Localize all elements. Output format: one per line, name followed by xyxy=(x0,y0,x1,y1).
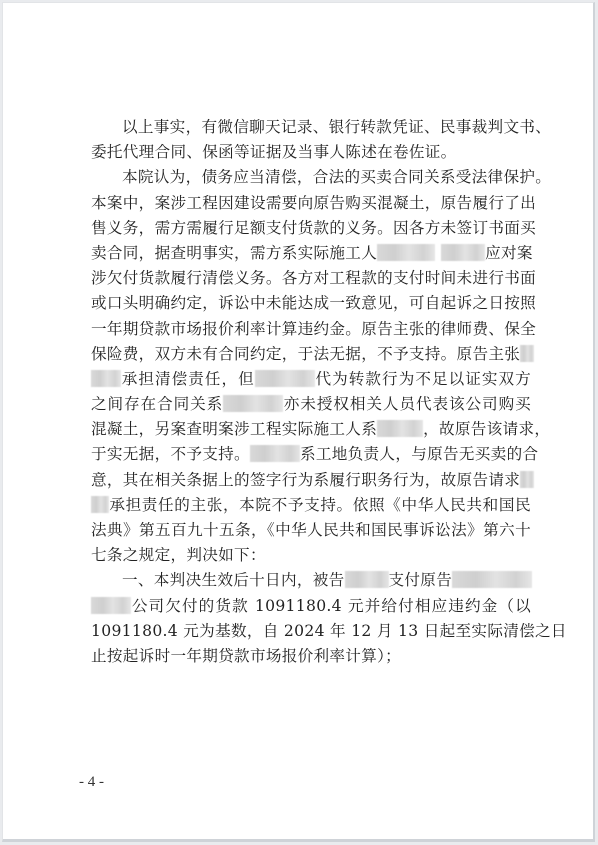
paragraph-reasoning-line: 意，其在相关条据上的签字行为系履行职务行为，故原告请求 xyxy=(91,468,531,493)
text-fragment: 承担责任的主张，本院不予支持。依照《中华人民共和国民 xyxy=(109,496,531,514)
redacted-name xyxy=(377,420,423,437)
paragraph-reasoning-line: 之间存在合同关系亦未授权相关人员代表该公司购买 xyxy=(91,392,531,417)
paragraph-reasoning-line: 或口头明确约定，诉讼中未能达成一致意见，可自起诉之日按照 xyxy=(91,291,531,316)
paragraph-reasoning-line: 本院认为，债务应当清偿，合法的买卖合同关系受法律保护。 xyxy=(91,165,531,190)
paragraph-reasoning-line: 承担清偿责任，但代为转款行为不足以证实双方 xyxy=(91,367,531,392)
judgment-body-text: 以上事实，有微信聊天记录、银行转款凭证、民事裁判文书、 委托代理合同、保函等证据… xyxy=(91,115,531,669)
text-fragment: 保险费，双方未有合同约定，于法无据，不予支持。原告主张 xyxy=(91,345,520,363)
redacted-name xyxy=(345,571,389,588)
paragraph-evidence-line: 以上事实，有微信聊天记录、银行转款凭证、民事裁判文书、 xyxy=(91,115,531,140)
judgment-item-line: 1091180.4 元为基数，自 2024 年 12 月 13 日起至实际清偿之… xyxy=(91,619,531,644)
text-fragment: 亦未授权相关人员代表该公司购买 xyxy=(283,395,531,413)
paragraph-reasoning-line: 法典》第五百九十五条，《中华人民共和国民事诉讼法》第六十 xyxy=(91,518,531,543)
redacted-name xyxy=(91,597,131,614)
paragraph-evidence-line: 委托代理合同、保函等证据及当事人陈述在卷佐证。 xyxy=(91,140,531,165)
paragraph-reasoning-line: 卖合同，据查明事实，需方系实际施工人应对案 xyxy=(91,241,531,266)
redacted-name xyxy=(91,370,121,387)
redacted-name xyxy=(223,395,283,412)
paragraph-reasoning-line: 于实无据，不予支持。系工地负责人，与原告无买卖的合 xyxy=(91,442,531,467)
text-fragment: 意，其在相关条据上的签字行为系履行职务行为，故原告请求 xyxy=(91,471,520,489)
text-fragment: 代为转款行为不足以证实双方 xyxy=(315,370,531,388)
paragraph-reasoning-line: 本案中，案涉工程因建设需要向原告购买混凝土，原告履行了出 xyxy=(91,191,531,216)
redacted-name xyxy=(441,244,485,261)
document-page: 以上事实，有微信聊天记录、银行转款凭证、民事裁判文书、 委托代理合同、保函等证据… xyxy=(2,2,595,842)
text-fragment: 于实无据，不予支持。 xyxy=(91,445,250,463)
text-fragment: 一、本判决生效后十日内，被告 xyxy=(122,571,345,589)
redacted-name xyxy=(255,370,315,387)
page-number: - 4 - xyxy=(79,774,104,791)
text-fragment: ，故原告该请求， xyxy=(423,420,550,438)
text-fragment: 卖合同，据查明事实，需方系实际施工人 xyxy=(91,244,377,262)
redacted-name xyxy=(452,571,532,588)
text-fragment: 支付原告 xyxy=(389,571,453,589)
text-fragment: 之间存在合同关系 xyxy=(91,395,223,413)
paragraph-reasoning-line: 一年期贷款市场报价利率计算违约金。原告主张的律师费、保全 xyxy=(91,317,531,342)
text-fragment: 应对案 xyxy=(485,244,533,262)
redacted-name xyxy=(91,496,109,513)
paragraph-reasoning-line: 七条之规定，判决如下： xyxy=(91,543,531,568)
judgment-item-line: 一、本判决生效后十日内，被告支付原告 xyxy=(91,568,531,593)
paragraph-reasoning-line: 涉欠付货款履行清偿义务。各方对工程款的支付时间未进行书面 xyxy=(91,266,531,291)
redacted-name xyxy=(377,244,435,261)
paragraph-reasoning-line: 混凝土，另案查明案涉工程实际施工人系，故原告该请求， xyxy=(91,417,531,442)
paragraph-reasoning-line: 保险费，双方未有合同约定，于法无据，不予支持。原告主张 xyxy=(91,342,531,367)
redacted-name xyxy=(520,471,534,488)
text-fragment: 公司欠付的货款 1091180.4 元并给付相应违约金（以 xyxy=(131,597,531,615)
judgment-item-line: 公司欠付的货款 1091180.4 元并给付相应违约金（以 xyxy=(91,594,531,619)
text-fragment: 系工地负责人，与原告无买卖的合 xyxy=(300,445,538,463)
text-fragment: 混凝土，另案查明案涉工程实际施工人系 xyxy=(91,420,377,438)
paragraph-reasoning-line: 承担责任的主张，本院不予支持。依照《中华人民共和国民 xyxy=(91,493,531,518)
redacted-name xyxy=(250,445,300,462)
redacted-name xyxy=(520,345,534,362)
judgment-item-line: 止按起诉时一年期贷款市场报价利率计算）； xyxy=(91,644,531,669)
paragraph-reasoning-line: 售义务，需方需履行足额支付货款的义务。因各方未签订书面买 xyxy=(91,216,531,241)
text-fragment: 承担清偿责任，但 xyxy=(121,370,255,388)
